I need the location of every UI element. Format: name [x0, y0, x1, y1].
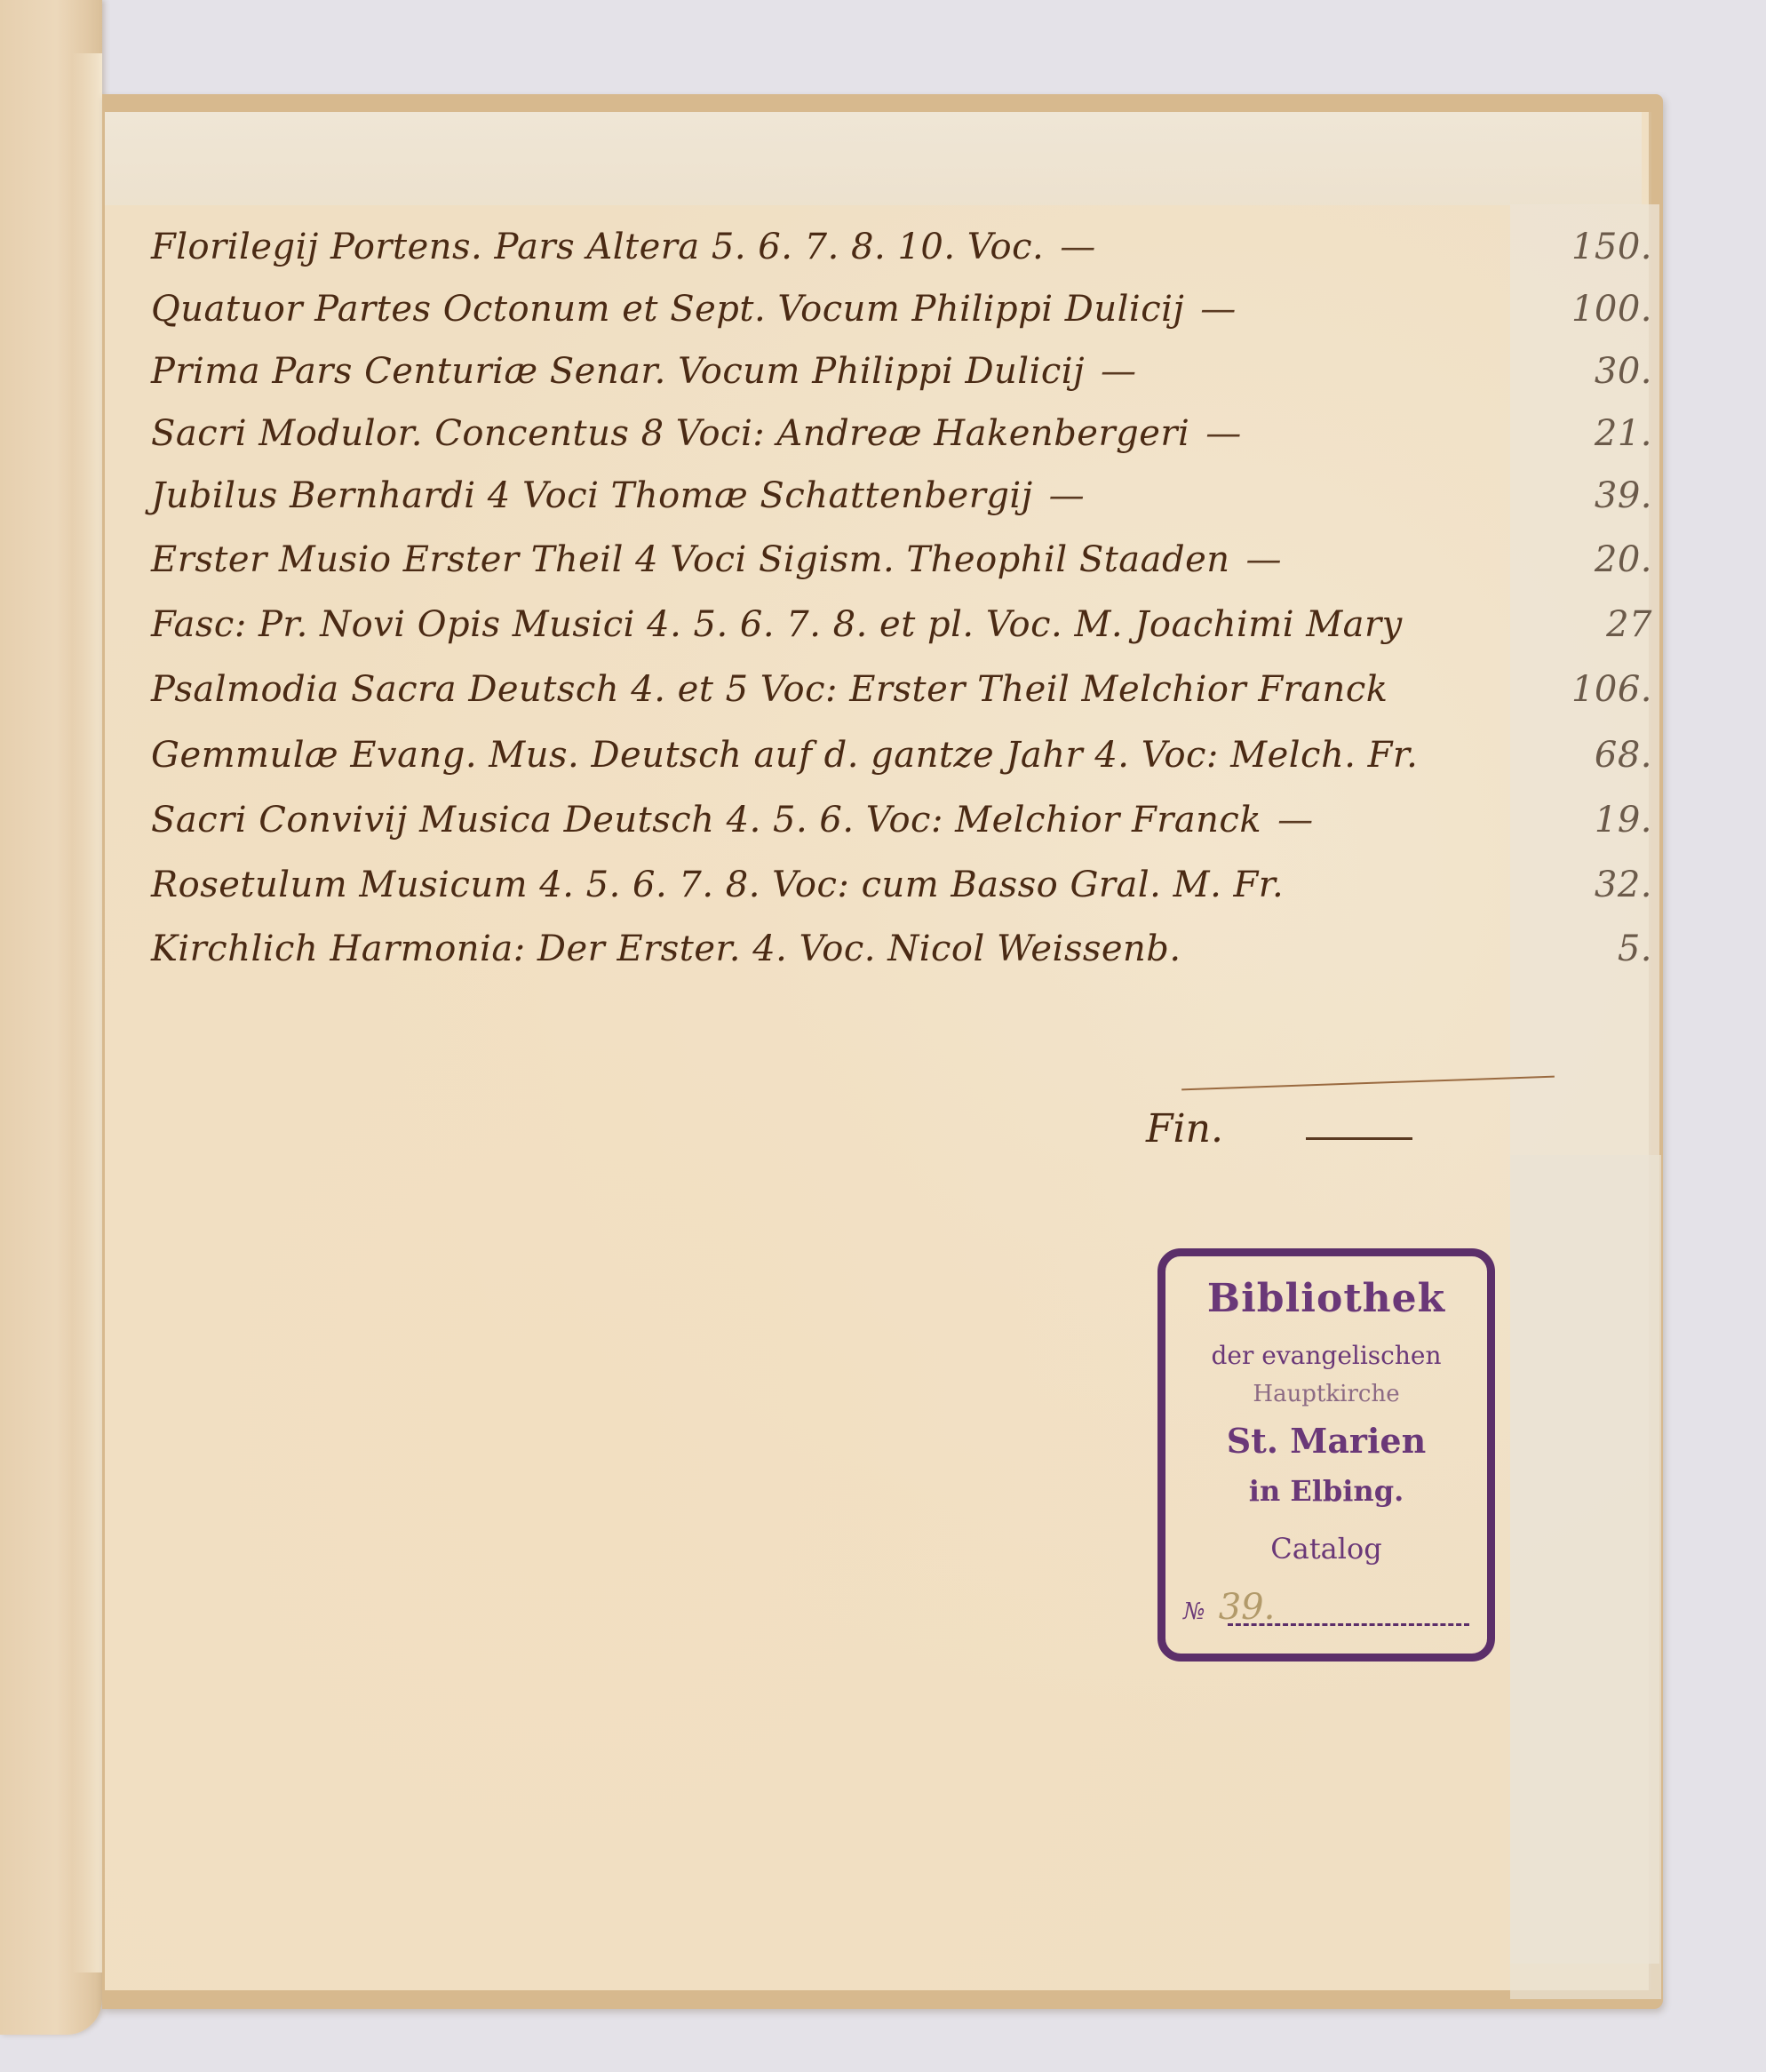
- stamp-line-library: Bibliothek: [1165, 1276, 1487, 1321]
- entry-count: 68.: [1595, 735, 1652, 776]
- entry-count: 100.: [1571, 289, 1652, 330]
- entry-dash: —: [1205, 413, 1242, 454]
- inventory-entry: Sacri Convivij Musica Deutsch 4. 5. 6. V…: [151, 800, 1679, 862]
- entry-count: 5.: [1618, 928, 1652, 969]
- entry-title: Quatuor Partes Octonum et Sept. Vocum Ph…: [151, 289, 1184, 330]
- entry-dash: —: [1200, 289, 1237, 330]
- entry-count: 21.: [1595, 413, 1652, 454]
- entry-title: Psalmodia Sacra Deutsch 4. et 5 Voc: Ers…: [151, 669, 1388, 710]
- entry-title: Florilegij Portens. Pars Altera 5. 6. 7.…: [151, 227, 1044, 267]
- entry-count: 27: [1606, 604, 1652, 645]
- closing-word: Fin.: [1146, 1106, 1223, 1152]
- inventory-entry: Florilegij Portens. Pars Altera 5. 6. 7.…: [151, 227, 1679, 289]
- inventory-entry: Erster Musio Erster Theil 4 Voci Sigism.…: [151, 539, 1679, 602]
- entry-dash: —: [1049, 475, 1086, 516]
- entry-dash: —: [1246, 539, 1283, 580]
- entry-title: Prima Pars Centuriæ Senar. Vocum Philipp…: [151, 351, 1085, 392]
- entry-count: 19.: [1595, 800, 1652, 841]
- entry-count: 20.: [1595, 539, 1652, 580]
- stamp-line-church: Hauptkirche: [1165, 1381, 1487, 1407]
- stamp-catalog-number: № 39.: [1183, 1587, 1469, 1626]
- entry-count: 150.: [1571, 227, 1652, 267]
- entry-title: Fasc: Pr. Novi Opis Musici 4. 5. 6. 7. 8…: [151, 604, 1403, 645]
- stamp-line-city: in Elbing.: [1165, 1474, 1487, 1508]
- inventory-entry: Psalmodia Sacra Deutsch 4. et 5 Voc: Ers…: [151, 669, 1679, 731]
- dotted-line: [1228, 1623, 1469, 1626]
- entry-title: Sacri Modulor. Concentus 8 Voci: Andreæ …: [151, 413, 1189, 454]
- entry-count: 32.: [1595, 865, 1652, 905]
- inventory-entry: Prima Pars Centuriæ Senar. Vocum Philipp…: [151, 351, 1679, 413]
- entry-dash: —: [1277, 800, 1314, 841]
- facing-page-edge: [0, 0, 102, 2035]
- entry-title: Rosetulum Musicum 4. 5. 6. 7. 8. Voc: cu…: [151, 865, 1284, 905]
- entry-title: Sacri Convivij Musica Deutsch 4. 5. 6. V…: [151, 800, 1261, 841]
- inventory-entry: Sacri Modulor. Concentus 8 Voci: Andreæ …: [151, 413, 1679, 475]
- paper-repair-strip-lower: [1510, 1155, 1661, 1999]
- catalog-number-value: 39.: [1219, 1587, 1276, 1628]
- entry-dash: —: [1060, 227, 1096, 267]
- entry-title: Gemmulæ Evang. Mus. Deutsch auf d. gantz…: [151, 735, 1418, 776]
- entry-count: 30.: [1595, 351, 1652, 392]
- library-stamp: Bibliothek der evangelischen Hauptkirche…: [1157, 1248, 1495, 1662]
- stamp-line-evangelical: der evangelischen: [1165, 1341, 1487, 1370]
- entry-count: 39.: [1595, 475, 1652, 516]
- stamp-line-st-marien: St. Marien: [1165, 1421, 1487, 1461]
- numero-sign: №: [1183, 1598, 1205, 1625]
- inventory-entry: Jubilus Bernhardi 4 Voci Thomæ Schattenb…: [151, 475, 1679, 538]
- inventory-entry: Fasc: Pr. Novi Opis Musici 4. 5. 6. 7. 8…: [151, 604, 1679, 666]
- entry-title: Jubilus Bernhardi 4 Voci Thomæ Schattenb…: [151, 475, 1033, 516]
- inventory-entry: Gemmulæ Evang. Mus. Deutsch auf d. gantz…: [151, 735, 1679, 797]
- entry-title: Kirchlich Harmonia: Der Erster. 4. Voc. …: [151, 928, 1181, 969]
- stamp-line-catalog: Catalog: [1165, 1532, 1487, 1566]
- entry-dash: —: [1101, 351, 1137, 392]
- inventory-entry: Quatuor Partes Octonum et Sept. Vocum Ph…: [151, 289, 1679, 351]
- closing-dash: [1306, 1137, 1412, 1140]
- inventory-entry: Rosetulum Musicum 4. 5. 6. 7. 8. Voc: cu…: [151, 865, 1679, 927]
- entry-title: Erster Musio Erster Theil 4 Voci Sigism.…: [151, 539, 1230, 580]
- inventory-entry: Kirchlich Harmonia: Der Erster. 4. Voc. …: [151, 928, 1679, 991]
- entry-count: 106.: [1571, 669, 1652, 710]
